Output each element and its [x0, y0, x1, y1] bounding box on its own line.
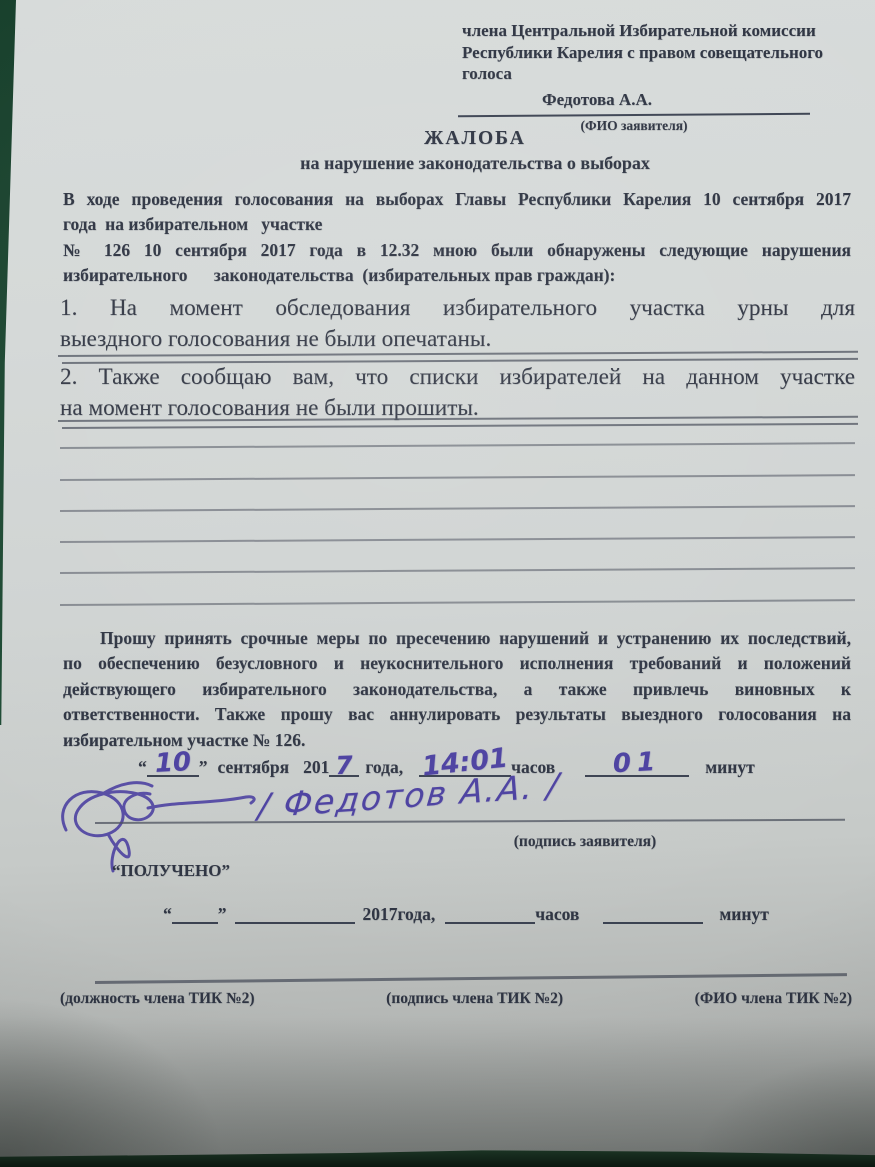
- request-line: Прошу принять срочные меры по пресечению…: [63, 626, 851, 651]
- handwritten-year-digit: 7: [335, 751, 353, 781]
- minutes-field: 01: [585, 757, 689, 777]
- document-title: ЖАЛОБА: [110, 128, 840, 150]
- applicant-name: Федотова А.А.: [462, 89, 834, 111]
- violation-item-1-line: выездного голосования не были опечатаны.: [60, 326, 855, 353]
- footer-label-position: (должность члена ТИК №2): [60, 990, 255, 1008]
- received-minutes-label: минут: [719, 904, 768, 924]
- violation-item-2-line: 2. Также сообщаю вам, что списки избират…: [60, 364, 855, 391]
- request-line: ответственности. Также прошу вас аннулир…: [63, 702, 851, 727]
- request-line: по обеспечению безусловного и неукосните…: [63, 651, 851, 676]
- request-line: действующего избирательного законодатель…: [63, 677, 851, 702]
- intro-paragraph: В ходе проведения голосования на выборах…: [63, 187, 851, 288]
- handwritten-minutes: 01: [612, 747, 662, 779]
- received-hours-field: [445, 904, 535, 924]
- close-quote: ”: [218, 904, 227, 924]
- year-suffix: года,: [365, 757, 403, 777]
- title-block: ЖАЛОБА на нарушение законодательства о в…: [110, 128, 840, 174]
- received-month-field: [235, 904, 355, 924]
- footer-labels: (должность члена ТИК №2) (подпись члена …: [60, 990, 852, 1008]
- received-label: “ПОЛУЧЕНО”: [112, 861, 230, 881]
- recipient-line: голоса: [462, 63, 834, 85]
- intro-line: В ходе проведения голосования на выборах…: [63, 187, 851, 212]
- intro-line: года на избирательном участке: [63, 212, 851, 237]
- received-day-field: [172, 904, 218, 924]
- received-minutes-field: [603, 904, 703, 924]
- open-quote: “: [163, 904, 172, 924]
- received-hours-label: часов: [535, 904, 579, 924]
- minutes-label: минут: [705, 757, 754, 777]
- footer-label-signature: (подпись члена ТИК №2): [386, 990, 563, 1008]
- violation-item-1-line: 1. На момент обследования избирательного…: [60, 295, 855, 322]
- intro-line: избирательного законодательства (избират…: [63, 263, 851, 288]
- received-year: 2017года,: [363, 904, 436, 924]
- year-prefix: 201: [303, 757, 329, 777]
- recipient-block: члена Центральной Избирательной комиссии…: [462, 20, 834, 110]
- document-photo: члена Центральной Избирательной комиссии…: [0, 0, 875, 1167]
- request-paragraph: Прошу принять срочные меры по пресечению…: [63, 626, 851, 753]
- recipient-line: члена Центральной Избирательной комиссии: [462, 20, 834, 42]
- signature-caption: (подпись заявителя): [460, 833, 710, 851]
- footer-label-name: (ФИО члена ТИК №2): [695, 990, 852, 1008]
- recipient-line: Республики Карелия с правом совещательно…: [462, 42, 834, 64]
- intro-line: № 126 10 сентября 2017 года в 12.32 мною…: [63, 238, 851, 263]
- received-line: “”2017года,часовминут: [163, 904, 769, 925]
- document-subtitle: на нарушение законодательства о выборах: [110, 153, 840, 174]
- year-digit-field: 7: [329, 757, 359, 777]
